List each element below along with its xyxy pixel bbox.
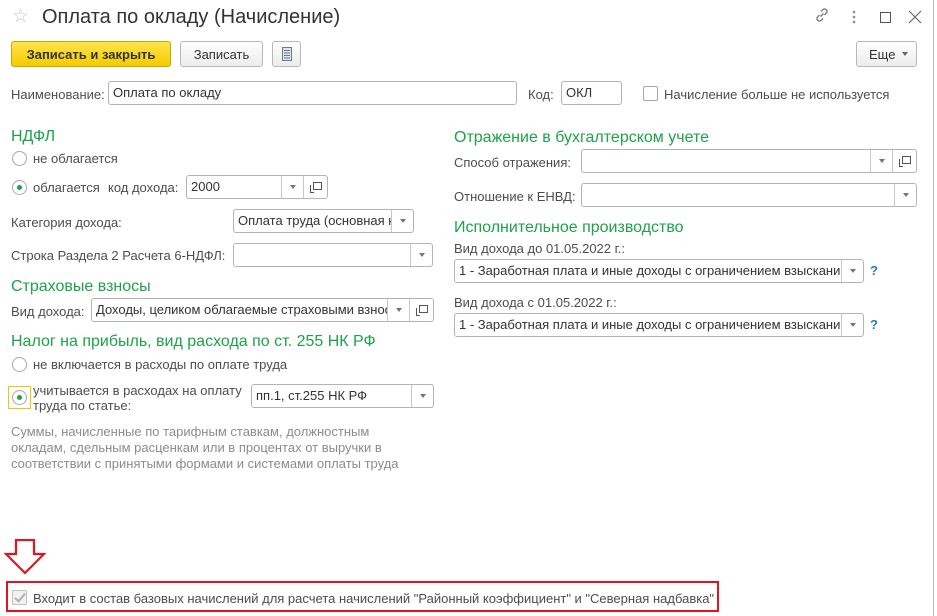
name-label: Наименование: xyxy=(11,87,105,103)
insurance-income-type-value: Доходы, целиком облагаемые страховыми вз… xyxy=(92,299,387,321)
save-and-close-button[interactable]: Записать и закрыть xyxy=(11,41,171,67)
name-input[interactable]: Оплата по окладу xyxy=(108,81,517,105)
chevron-down-icon[interactable] xyxy=(391,210,413,232)
more-actions-icon[interactable] xyxy=(852,10,855,27)
income-category-select[interactable]: Оплата труда (основная н xyxy=(233,209,414,233)
chevron-down-icon[interactable] xyxy=(411,385,433,407)
more-button[interactable]: Еще xyxy=(856,41,917,67)
chevron-down-icon[interactable] xyxy=(841,260,863,282)
envd-value xyxy=(582,184,894,206)
window-title: Оплата по окладу (Начисление) xyxy=(42,6,340,29)
profit-tax-included-radio[interactable] xyxy=(12,390,27,405)
profit-tax-hint-line1: Суммы, начисленные по тарифным ставкам, … xyxy=(11,424,369,440)
profit-tax-section-title: Налог на прибыль, вид расхода по ст. 255… xyxy=(11,332,376,352)
income-code-value: 2000 xyxy=(187,176,281,198)
accounting-method-value xyxy=(582,150,870,172)
enforcement-before-select[interactable]: 1 - Заработная плата и иные доходы с огр… xyxy=(454,259,864,283)
code-label: Код: xyxy=(528,87,554,103)
envd-label: Отношение к ЕНВД: xyxy=(454,189,576,205)
base-accrual-checkbox[interactable] xyxy=(12,590,27,605)
envd-select[interactable] xyxy=(581,183,917,207)
profit-tax-hint-line3: соответствии с принятыми формами и систе… xyxy=(11,456,399,472)
income-category-label: Категория дохода: xyxy=(11,215,122,231)
list-icon xyxy=(282,47,292,61)
profit-tax-not-included-label: не включается в расходы по оплате труда xyxy=(33,357,287,373)
ndfl-taxed-label: облагается xyxy=(33,180,100,196)
list-button[interactable] xyxy=(272,41,301,67)
insurance-section-title: Страховые взносы xyxy=(11,277,151,297)
chevron-down-icon[interactable] xyxy=(387,299,409,321)
profit-tax-included-label-line2: труда по статье: xyxy=(33,398,131,414)
enforcement-section-title: Исполнительное производство xyxy=(454,218,684,238)
code-input[interactable]: ОКЛ xyxy=(561,81,622,105)
chevron-down-icon[interactable] xyxy=(841,314,863,336)
enforcement-after-help-link[interactable]: ? xyxy=(870,317,878,332)
enforcement-before-label: Вид дохода до 01.05.2022 г.: xyxy=(454,241,625,257)
accounting-method-select[interactable] xyxy=(581,149,917,173)
chevron-down-icon[interactable] xyxy=(281,176,303,198)
annotation-arrow-down-icon xyxy=(4,539,46,578)
row-6ndfl-value xyxy=(234,244,410,266)
open-icon[interactable] xyxy=(409,299,433,321)
accounting-method-label: Способ отражения: xyxy=(454,155,571,171)
favorite-star-icon[interactable]: ☆ xyxy=(12,6,29,28)
save-button[interactable]: Записать xyxy=(180,41,263,67)
profit-tax-hint-line2: окладам, сдельным расценкам или в процен… xyxy=(11,440,382,456)
open-icon[interactable] xyxy=(892,150,916,172)
enforcement-after-value: 1 - Заработная плата и иные доходы с огр… xyxy=(455,314,841,336)
chevron-down-icon[interactable] xyxy=(894,184,916,206)
ndfl-section-title: НДФЛ xyxy=(11,127,55,147)
ndfl-taxed-radio[interactable] xyxy=(12,180,27,195)
chevron-down-icon[interactable] xyxy=(870,150,892,172)
accounting-section-title: Отражение в бухгалтерском учете xyxy=(454,128,709,148)
profit-tax-not-included-radio[interactable] xyxy=(12,357,27,372)
close-icon[interactable] xyxy=(908,10,922,27)
profit-tax-article-select[interactable]: пп.1, ст.255 НК РФ xyxy=(251,384,434,408)
window-border xyxy=(933,0,934,616)
ndfl-not-taxed-radio[interactable] xyxy=(12,151,27,166)
chevron-down-icon[interactable] xyxy=(410,244,432,266)
income-category-value: Оплата труда (основная н xyxy=(234,210,391,232)
chevron-down-icon xyxy=(902,52,908,56)
insurance-income-type-select[interactable]: Доходы, целиком облагаемые страховыми вз… xyxy=(91,298,434,322)
enforcement-after-label: Вид дохода с 01.05.2022 г.: xyxy=(454,295,617,311)
name-value: Оплата по окладу xyxy=(109,82,516,104)
profit-tax-article-value: пп.1, ст.255 НК РФ xyxy=(252,385,411,407)
code-value: ОКЛ xyxy=(562,82,621,104)
row-6ndfl-select[interactable] xyxy=(233,243,433,267)
enforcement-after-select[interactable]: 1 - Заработная плата и иные доходы с огр… xyxy=(454,313,864,337)
income-code-select[interactable]: 2000 xyxy=(186,175,328,199)
enforcement-before-value: 1 - Заработная плата и иные доходы с огр… xyxy=(455,260,841,282)
not-used-label: Начисление больше не используется xyxy=(664,87,889,103)
base-accrual-label: Входит в состав базовых начислений для р… xyxy=(33,591,714,607)
maximize-icon[interactable] xyxy=(880,12,891,23)
income-code-label: код дохода: xyxy=(108,180,178,196)
enforcement-before-help-link[interactable]: ? xyxy=(870,263,878,278)
link-icon[interactable] xyxy=(813,7,831,28)
more-button-label: Еще xyxy=(869,47,895,62)
insurance-income-type-label: Вид дохода: xyxy=(11,304,85,320)
open-icon[interactable] xyxy=(303,176,327,198)
ndfl-not-taxed-label: не облагается xyxy=(33,151,118,167)
row-6ndfl-label: Строка Раздела 2 Расчета 6-НДФЛ: xyxy=(11,248,225,264)
profit-tax-included-label-line1: учитывается в расходах на оплату xyxy=(33,383,242,399)
not-used-checkbox[interactable] xyxy=(643,86,658,101)
